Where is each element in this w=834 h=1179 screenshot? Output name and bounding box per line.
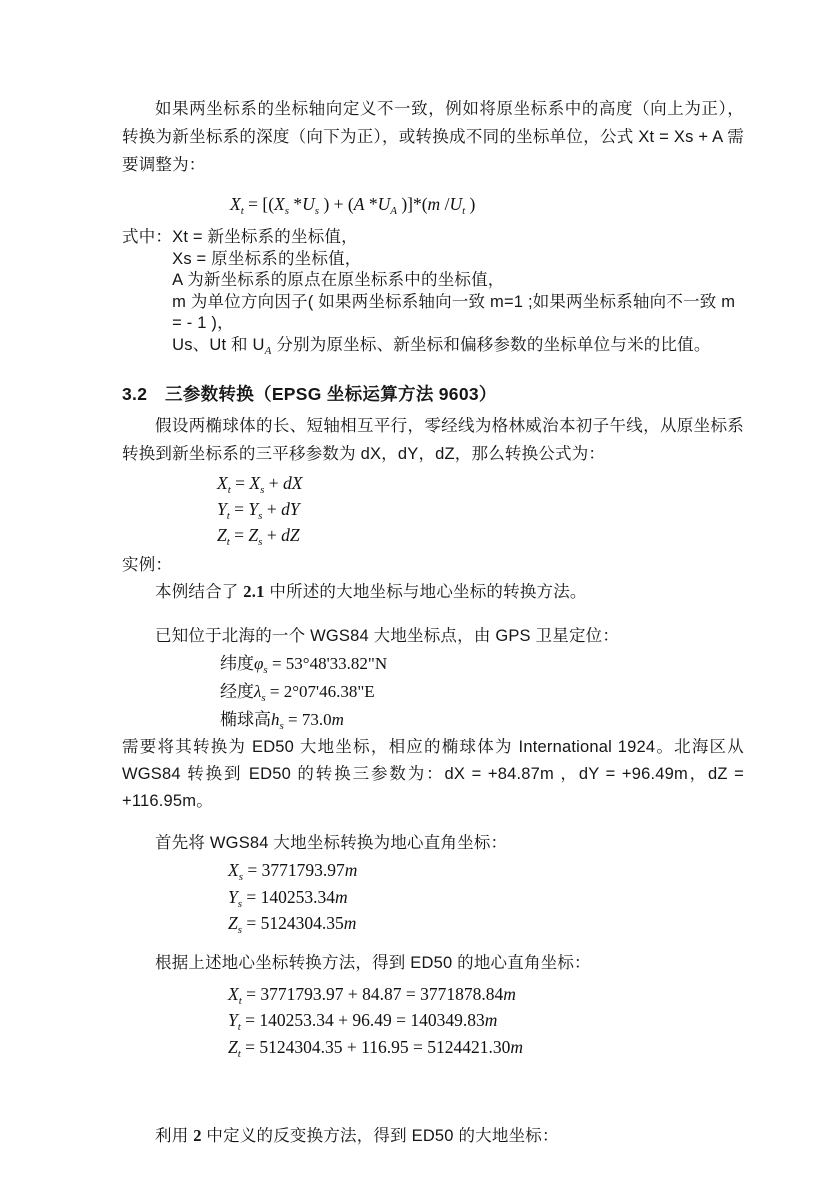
where-definitions-block: 式中： Xt = 新坐标系的坐标值， Xs = 原坐标系的坐标值， A 为新坐标…	[122, 227, 744, 356]
latitude-value: 纬度φs = 53°48'33.82"N	[220, 650, 744, 678]
formula-zt: Zt = Zs + dZ	[217, 522, 744, 548]
where-definition-list: Xt = 新坐标系的坐标值， Xs = 原坐标系的坐标值， A 为新坐标系的原点…	[172, 227, 744, 356]
where-def-xs: Xs = 原坐标系的坐标值，	[172, 249, 744, 271]
target-cartesian-block: Xt = 3771793.97 + 84.87 = 3771878.84m Yt…	[228, 981, 744, 1061]
formula-unit-adjustment: Xt = [(Xs *Us ) + (A *UA )]*(m /Ut )	[230, 191, 744, 217]
where-def-u: Us、Ut 和 UA 分别为原坐标、新坐标和偏移参数的坐标单位与米的比值。	[172, 335, 744, 357]
where-def-m: m 为单位方向因子( 如果两坐标系轴向一致 m=1 ;如果两坐标系轴向不一致 m…	[172, 292, 744, 335]
paragraph-axis-adjustment: 如果两坐标系的坐标轴向定义不一致，例如将原坐标系中的高度（向上为正），转换为新坐…	[122, 95, 744, 179]
ellipsoid-height-value: 椭球高hs = 73.0m	[220, 706, 744, 734]
where-def-xt: Xt = 新坐标系的坐标值，	[172, 227, 744, 249]
step1-paragraph: 首先将 WGS84 大地坐标转换为地心直角坐标：	[122, 829, 744, 857]
document-page: 如果两坐标系的坐标轴向定义不一致，例如将原坐标系中的高度（向上为正），转换为新坐…	[0, 0, 834, 1179]
source-x-value: Xs = 3771793.97m	[228, 857, 744, 884]
where-label: 式中：	[122, 227, 172, 356]
page-content: 如果两坐标系的坐标轴向定义不一致，例如将原坐标系中的高度（向上为正），转换为新坐…	[122, 95, 744, 1150]
target-x-value: Xt = 3771793.97 + 84.87 = 3771878.84m	[228, 981, 744, 1008]
target-z-value: Zt = 5124304.35 + 116.95 = 5124421.30m	[228, 1034, 744, 1061]
known-point-paragraph: 已知位于北海的一个 WGS84 大地坐标点，由 GPS 卫星定位：	[122, 622, 744, 650]
formula-three-param-block: Xt = Xs + dX Yt = Ys + dY Zt = Zs + dZ	[217, 470, 744, 548]
geodetic-coordinates-block: 纬度φs = 53°48'33.82"N 经度λs = 2°07'46.38"E…	[220, 650, 744, 734]
source-cartesian-block: Xs = 3771793.97m Ys = 140253.34m Zs = 51…	[228, 857, 744, 937]
section-heading-3-2: 3.2 三参数转换（EPSG 坐标运算方法 9603）	[122, 382, 744, 406]
step3-paragraph: 利用 2 中定义的反变换方法，得到 ED50 的大地坐标：	[122, 1122, 744, 1150]
target-y-value: Yt = 140253.34 + 96.49 = 140349.83m	[228, 1007, 744, 1034]
formula-yt: Yt = Ys + dY	[217, 496, 744, 522]
example-label: 实例：	[122, 554, 744, 576]
where-def-a: A 为新坐标系的原点在原坐标系中的坐标值，	[172, 270, 744, 292]
source-y-value: Ys = 140253.34m	[228, 884, 744, 911]
paragraph-three-param-intro: 假设两椭球体的长、短轴相互平行，零经线为格林威治本初子午线，从原坐标系转换到新坐…	[122, 412, 744, 468]
conversion-parameters-note: 需要将其转换为 ED50 大地坐标，相应的椭球体为 International …	[122, 734, 744, 815]
step2-paragraph: 根据上述地心坐标转换方法，得到 ED50 的地心直角坐标：	[122, 949, 744, 977]
example-intro: 本例结合了 2.1 中所述的大地坐标与地心坐标的转换方法。	[122, 578, 744, 606]
source-z-value: Zs = 5124304.35m	[228, 910, 744, 937]
longitude-value: 经度λs = 2°07'46.38"E	[220, 678, 744, 706]
formula-xt: Xt = Xs + dX	[217, 470, 744, 496]
